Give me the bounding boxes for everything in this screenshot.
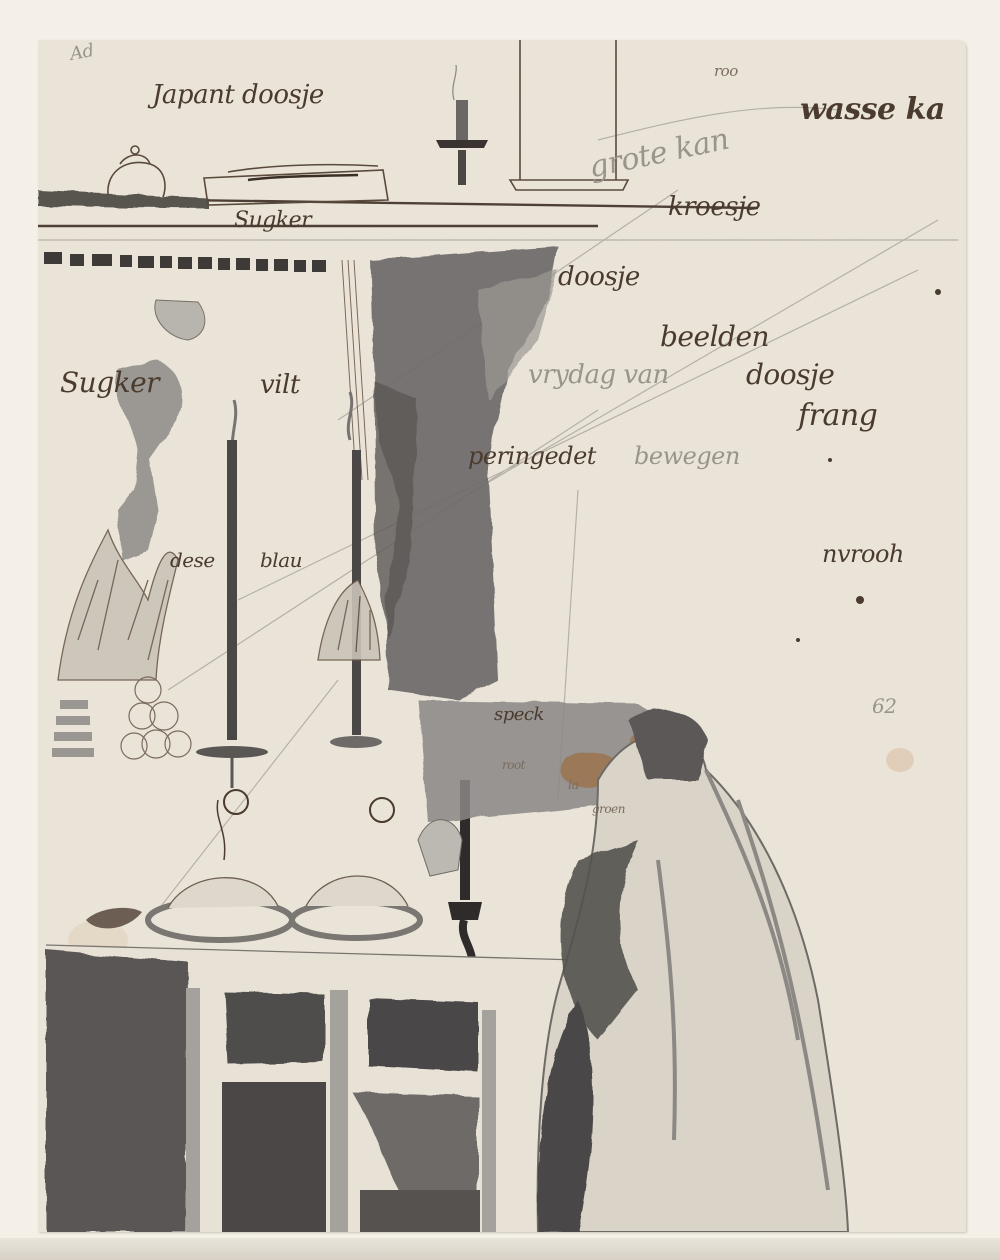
- page-number: 62: [872, 694, 896, 718]
- inscription-beelden: beelden: [660, 320, 769, 353]
- drawer-dark: [368, 998, 478, 1072]
- cabinet-base: [360, 1190, 480, 1232]
- inscription-la: la: [568, 778, 579, 793]
- inscription-speck: speck: [494, 704, 544, 725]
- inscription-vilt: vilt: [260, 370, 300, 400]
- inscription-frang: frang: [798, 398, 877, 433]
- sketch-drawing: [38, 40, 966, 1232]
- inscription-vrydag: vrydag van: [528, 360, 669, 390]
- inscription-sugker-left: Sugker: [60, 366, 159, 399]
- inscription-sugker-top: Sugker: [234, 208, 311, 233]
- inscription-blau: blau: [260, 548, 302, 572]
- inscription-doosje-right: doosje: [746, 358, 834, 391]
- sketch-sheet: Ad Japant doosje roo wasse ka grote kan …: [38, 40, 966, 1232]
- inscription-kroesje: kroesje: [668, 192, 761, 222]
- mount-shadow: [0, 1238, 1000, 1260]
- inscription-doosje: doosje: [558, 262, 640, 292]
- inscription-pencil-corner: Ad: [68, 40, 95, 65]
- inscription-nvrooh: nvrooh: [822, 540, 904, 568]
- inscription-groen: groen: [592, 802, 625, 816]
- inscription-roo: roo: [714, 62, 738, 80]
- inscription-wasse-ka: wasse ka: [800, 92, 945, 127]
- inscription-dese: dese: [170, 548, 215, 572]
- cabinet-pillar: [482, 1010, 496, 1232]
- inscription-peringedet: peringedet: [468, 442, 596, 470]
- foxing-stain: [886, 748, 914, 772]
- inscription-japant-doosje: Japant doosje: [152, 80, 324, 110]
- cabinet-pillar: [186, 988, 200, 1232]
- cabinet-door-dark: [222, 1082, 326, 1232]
- cabinet-pillar: [330, 990, 348, 1232]
- inscription-root: root: [502, 758, 525, 772]
- drawer-dark: [224, 992, 324, 1064]
- inscription-bewegen: bewegen: [634, 442, 740, 470]
- cabinet-left-panel: [46, 950, 188, 1232]
